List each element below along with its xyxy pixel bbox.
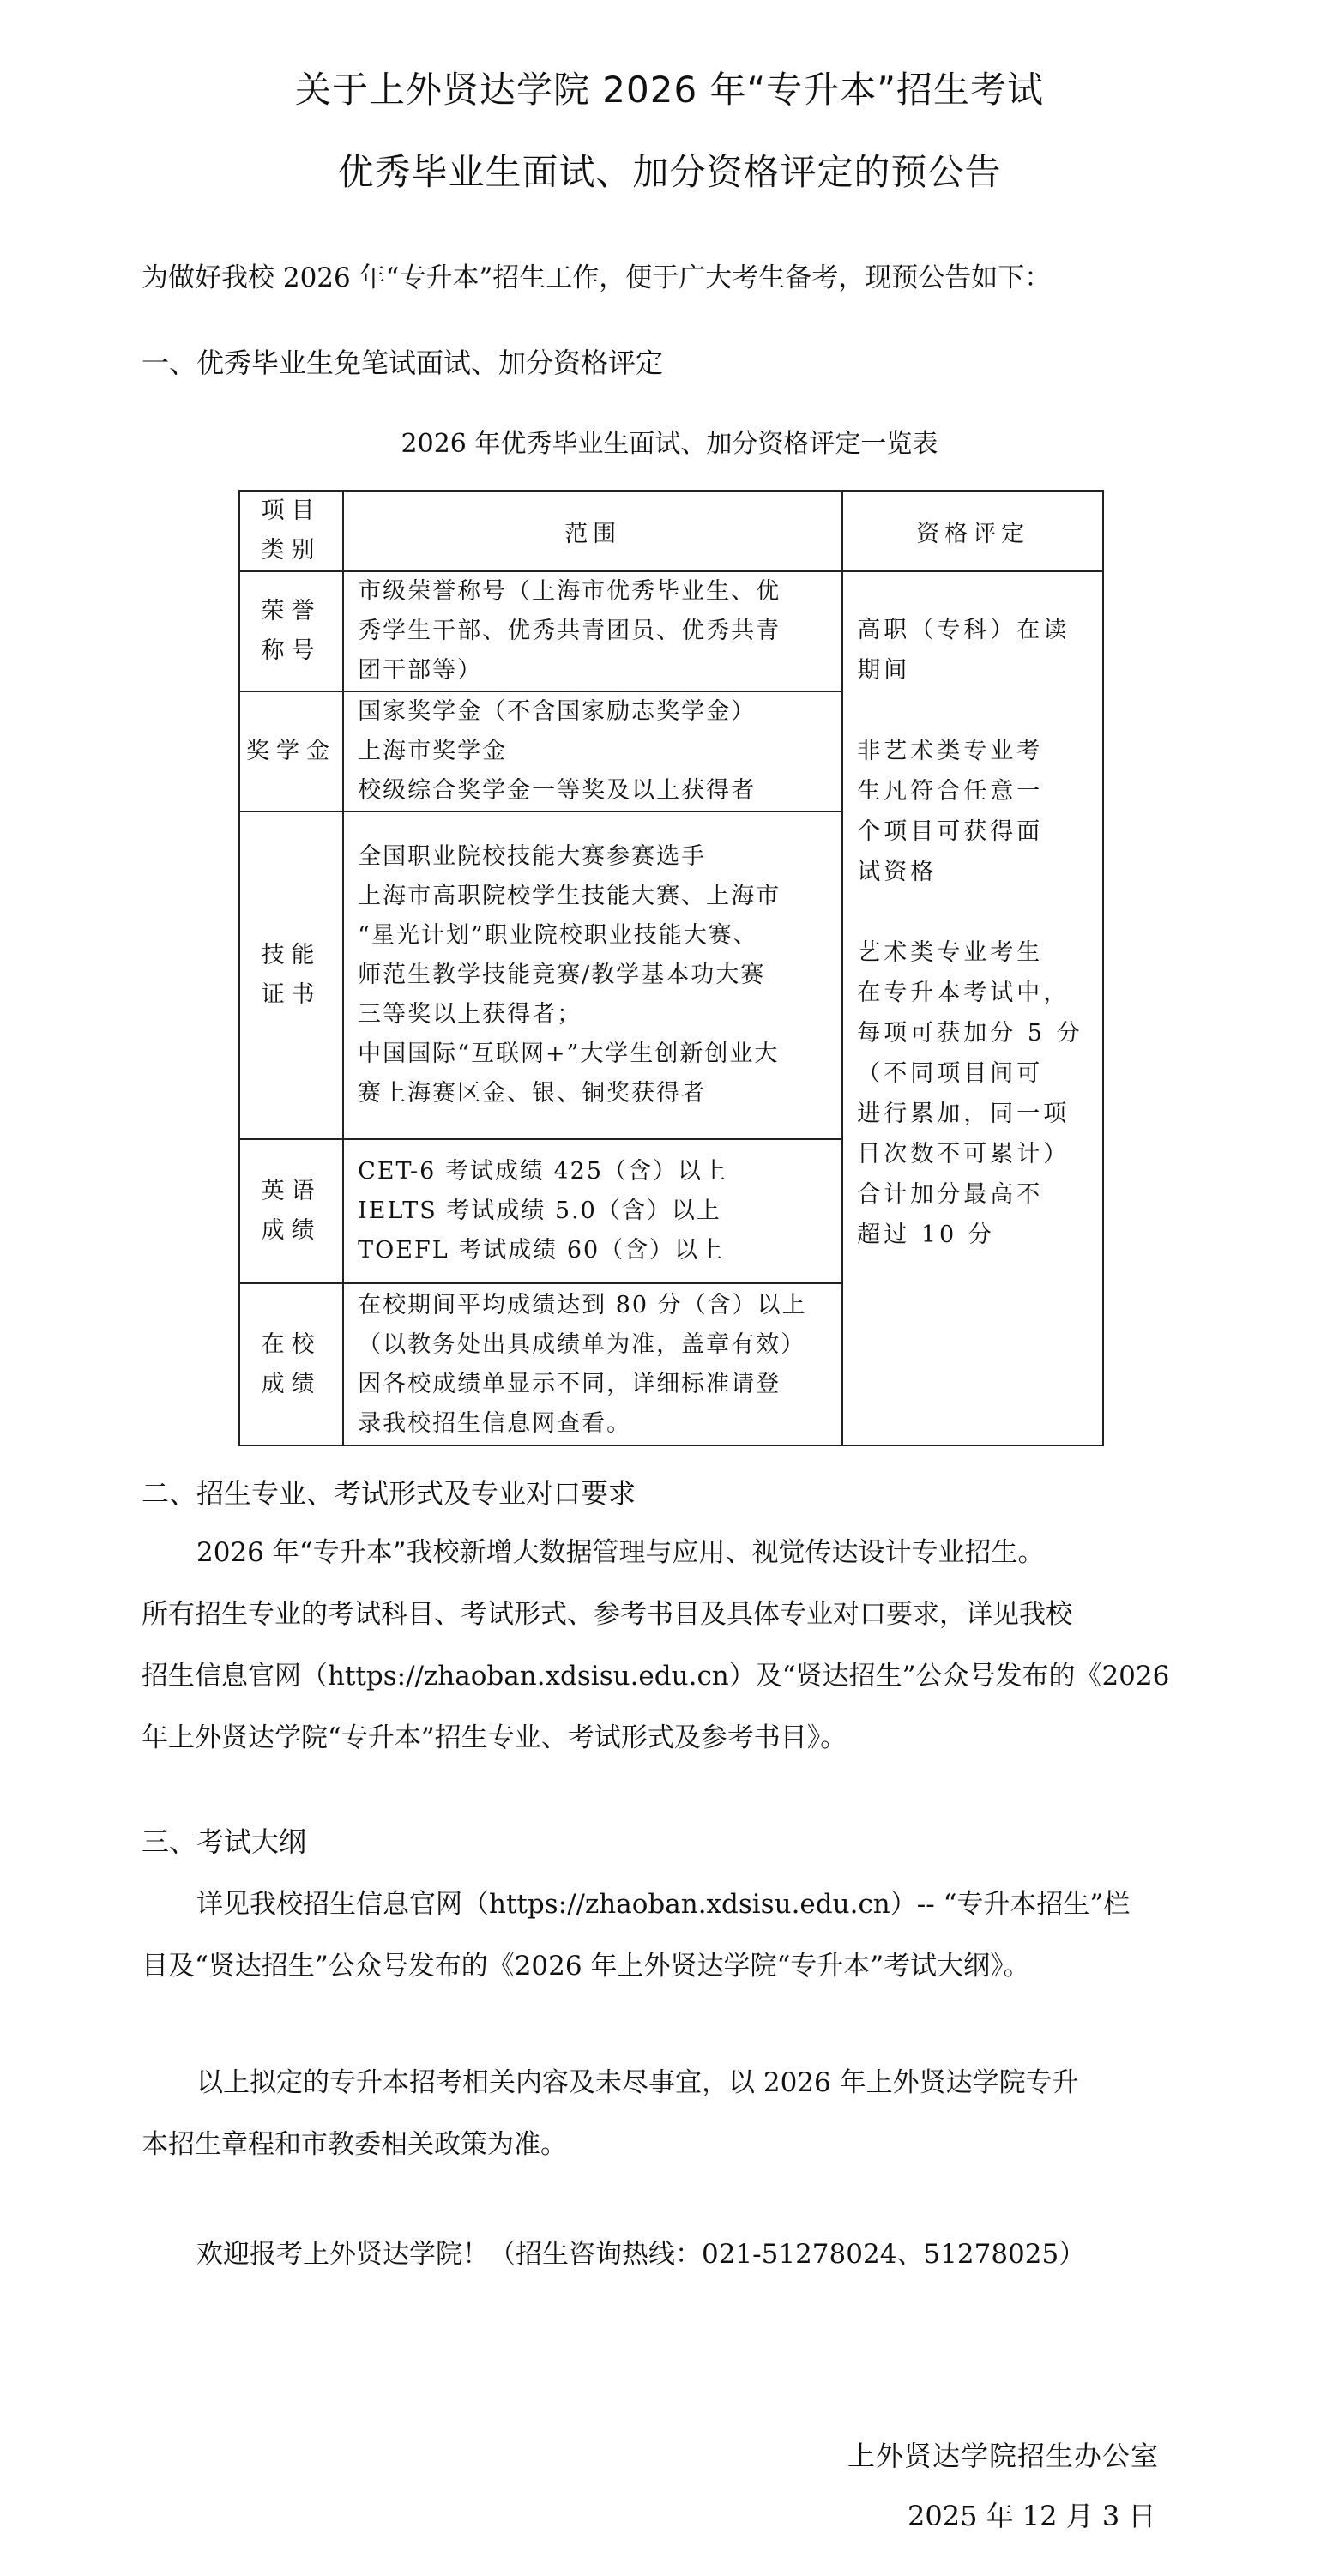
row-category: 奖学金 [239, 691, 343, 811]
scope-line: 校级综合奖学金一等奖及以上获得者 [358, 771, 841, 811]
scope-line: 中国国际“互联网+”大学生创新创业大 [358, 1035, 841, 1074]
evaluation-line: 个项目可获得面 [857, 811, 1094, 852]
scope-line: 上海市奖学金 [358, 732, 841, 771]
scope-line: 赛上海赛区金、银、铜奖获得者 [358, 1074, 841, 1113]
paragraph-line: 以上拟定的专升本招考相关内容及未尽事宜，以 2026 年上外贤达学院专升 [142, 2052, 1201, 2114]
paragraph-line: 2026 年“专升本”我校新增大数据管理与应用、视觉传达设计专业招生。 [142, 1522, 1201, 1584]
row-category: 英语 成绩 [239, 1139, 343, 1283]
evaluation-line: 试资格 [857, 852, 1094, 892]
paragraph-line: 目及“贤达招生”公众号发布的《2026 年上外贤达学院“专升本”考试大纲》。 [142, 1935, 1201, 1997]
scope-line: （以教务处出具成绩单为准，盖章有效） [358, 1325, 841, 1365]
evaluation-line: 合计加分最高不 [857, 1174, 1094, 1215]
scope-line: CET-6 考试成绩 425（含）以上 [358, 1152, 841, 1191]
evaluation-line: 目次数不可累计） [857, 1134, 1094, 1174]
scope-line: 全国职业院校技能大赛参赛选手 [358, 837, 841, 877]
document-title-line-1: 关于上外贤达学院 2026 年“专升本”招生考试 [0, 62, 1339, 113]
section-3-heading: 三、考试大纲 [142, 1820, 306, 1860]
evaluation-line: 在专升本考试中， [857, 973, 1094, 1013]
scope-line: 国家奖学金（不含国家励志奖学金） [358, 692, 841, 732]
paragraph-line: 详见我校招生信息官网（https://zhaoban.xdsisu.edu.cn… [142, 1873, 1201, 1935]
closing-paragraph: 以上拟定的专升本招考相关内容及未尽事宜，以 2026 年上外贤达学院专升 本招生… [142, 2052, 1201, 2175]
scope-line: 因各校成绩单显示不同，详细标准请登 [358, 1365, 841, 1404]
category-line: 技能 [262, 936, 322, 975]
header-category-line: 类别 [262, 531, 322, 570]
paragraph-line: 所有招生专业的考试科目、考试形式、参考书目及具体专业对口要求，详见我校 [142, 1584, 1201, 1645]
header-evaluation: 资格评定 [842, 491, 1103, 571]
category-line: 奖学金 [246, 732, 336, 771]
scope-line: IELTS 考试成绩 5.0（含）以上 [358, 1191, 841, 1231]
paragraph-line: 招生信息官网（https://zhaoban.xdsisu.edu.cn）及“贤… [142, 1645, 1201, 1707]
scope-line: 团干部等） [358, 651, 841, 691]
evaluation-line: （不同项目间可 [857, 1053, 1094, 1094]
row-category: 在校 成绩 [239, 1283, 343, 1445]
row-scope: 国家奖学金（不含国家励志奖学金） 上海市奖学金 校级综合奖学金一等奖及以上获得者 [343, 691, 842, 811]
scope-line: 在校期间平均成绩达到 80 分（含）以上 [358, 1286, 841, 1325]
category-line: 荣誉 [262, 592, 322, 631]
evaluation-line: 高职（专科）在读 [857, 610, 1094, 650]
table-row: 荣誉 称号 市级荣誉称号（上海市优秀毕业生、优 秀学生干部、优秀共青团员、优秀共… [239, 571, 1103, 691]
section-2-heading: 二、招生专业、考试形式及专业对口要求 [142, 1472, 636, 1511]
row-scope: 全国职业院校技能大赛参赛选手 上海市高职院校学生技能大赛、上海市 “星光计划”职… [343, 811, 842, 1139]
category-line: 成绩 [262, 1211, 322, 1251]
table-caption: 2026 年优秀毕业生面试、加分资格评定一览表 [0, 422, 1339, 460]
row-scope: 在校期间平均成绩达到 80 分（含）以上 （以教务处出具成绩单为准，盖章有效） … [343, 1283, 842, 1445]
row-scope: 市级荣誉称号（上海市优秀毕业生、优 秀学生干部、优秀共青团员、优秀共青 团干部等… [343, 571, 842, 691]
table-header-row: 项目 类别 范围 资格评定 [239, 491, 1103, 571]
category-line: 在校 [262, 1325, 322, 1365]
intro-paragraph: 为做好我校 2026 年“专升本”招生工作，便于广大考生备考，现预公告如下： [142, 247, 1051, 309]
header-scope: 范围 [343, 491, 842, 571]
scope-line: TOEFL 考试成绩 60（含）以上 [358, 1231, 841, 1270]
section-2-paragraph: 2026 年“专升本”我校新增大数据管理与应用、视觉传达设计专业招生。 所有招生… [142, 1522, 1201, 1769]
evaluation-line: 超过 10 分 [857, 1215, 1094, 1255]
header-category: 项目 类别 [239, 491, 343, 571]
scope-line: 三等奖以上获得者； [358, 995, 841, 1035]
evaluation-line: 生凡符合任意一 [857, 771, 1094, 811]
section-3-paragraph: 详见我校招生信息官网（https://zhaoban.xdsisu.edu.cn… [142, 1873, 1201, 1997]
category-line: 英语 [262, 1172, 322, 1211]
signature-office: 上外贤达学院招生办公室 [847, 2434, 1159, 2474]
scope-line: 师范生教学技能竞赛/教学基本功大赛 [358, 956, 841, 995]
qualification-table: 项目 类别 范围 资格评定 荣誉 称号 市级荣誉称号（上海市优秀毕业生、优 秀学… [238, 490, 1104, 1446]
scope-line: 录我校招生信息网查看。 [358, 1404, 841, 1444]
row-scope: CET-6 考试成绩 425（含）以上 IELTS 考试成绩 5.0（含）以上 … [343, 1139, 842, 1283]
scope-line: 市级荣誉称号（上海市优秀毕业生、优 [358, 572, 841, 612]
evaluation-line: 每项可获加分 5 分 [857, 1013, 1094, 1053]
scope-line: “星光计划”职业院校职业技能大赛、 [358, 916, 841, 956]
evaluation-line: 期间 [857, 650, 1094, 691]
paragraph-line: 本招生章程和市教委相关政策为准。 [142, 2114, 1201, 2175]
welcome-hotline: 欢迎报考上外贤达学院！（招生咨询热线：021-51278024、51278025… [196, 2223, 1085, 2285]
category-line: 称号 [262, 631, 322, 671]
row-category: 技能 证书 [239, 811, 343, 1139]
header-category-line: 项目 [262, 492, 322, 531]
category-line: 证书 [262, 975, 322, 1015]
section-1-heading: 一、优秀毕业生免笔试面试、加分资格评定 [142, 341, 663, 381]
scope-line: 上海市高职院校学生技能大赛、上海市 [358, 877, 841, 916]
row-category: 荣誉 称号 [239, 571, 343, 691]
evaluation-line: 艺术类专业考生 [857, 932, 1094, 973]
scope-line: 秀学生干部、优秀共青团员、优秀共青 [358, 612, 841, 651]
evaluation-line: 非艺术类专业考 [857, 731, 1094, 771]
document-title-line-2: 优秀毕业生面试、加分资格评定的预公告 [0, 144, 1339, 196]
evaluation-line: 进行累加，同一项 [857, 1094, 1094, 1134]
paragraph-line: 年上外贤达学院“专升本”招生专业、考试形式及参考书目》。 [142, 1707, 1201, 1769]
category-line: 成绩 [262, 1365, 322, 1404]
evaluation-cell: 高职（专科）在读 期间 非艺术类专业考 生凡符合任意一 个项目可获得面 试资格 … [842, 571, 1103, 1445]
signature-date: 2025 年 12 月 3 日 [908, 2495, 1155, 2534]
